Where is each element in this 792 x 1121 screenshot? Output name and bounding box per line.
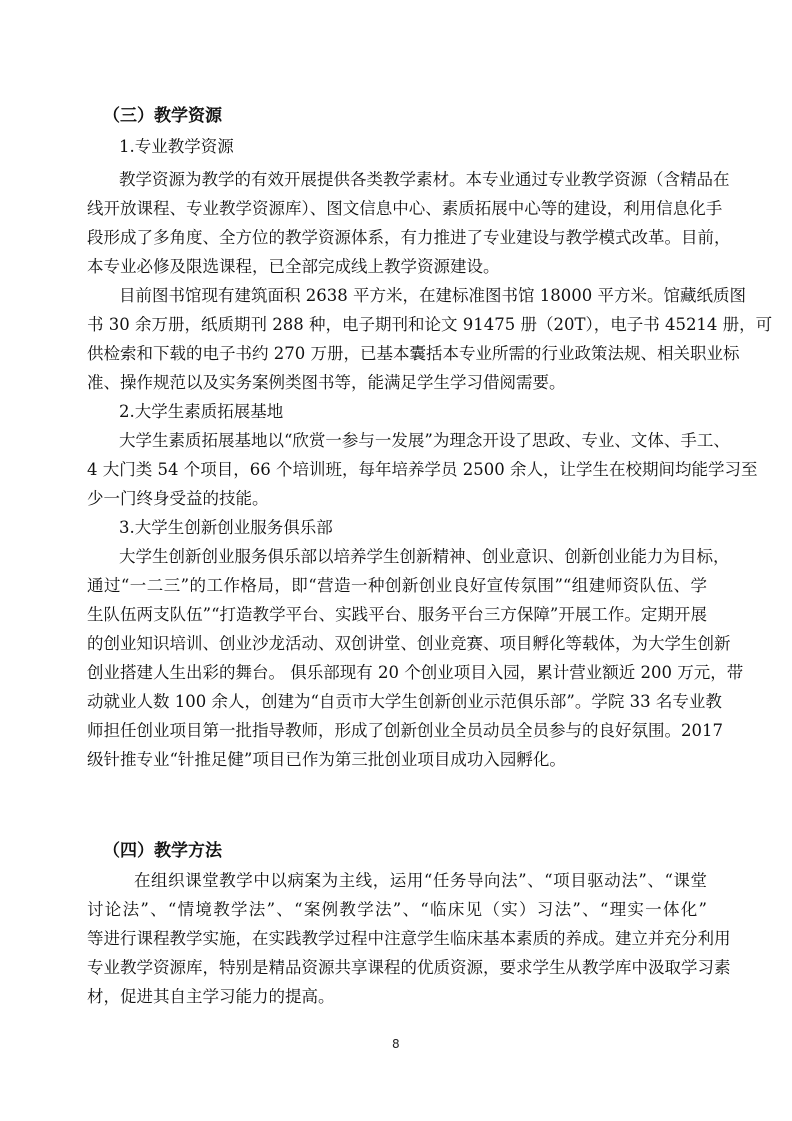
text-line: 4 大门类 54 个项目，66 个培训班，每年培养学员 2500 余人，让学生在… [87, 460, 707, 480]
section-heading-teaching-resources: （三）教学资源 [103, 106, 222, 126]
text-line: 本专业必修及限选课程，已全部完成线上教学资源建设。 [87, 257, 707, 277]
text-line: 等进行课程教学实施，在实践教学过程中注意学生临床基本素质的养成。建立并充分利用 [87, 929, 707, 949]
text-line: 通过“一二三”的工作格局，即“营造一种创新创业良好宣传氛围”“组建师资队伍、学 [87, 576, 707, 596]
subsection-title-professional-resources: 1.专业教学资源 [119, 137, 234, 157]
text-line: 大学生创新创业服务俱乐部以培养学生创新精神、创业意识、创新创业能力为目标， [119, 547, 707, 567]
subsection-title-innovation-club: 3.大学生创新创业服务俱乐部 [119, 518, 333, 538]
text-line: 线开放课程、专业教学资源库）、图文信息中心、素质拓展中心等的建设，利用信息化手 [87, 199, 707, 219]
text-line: 级针推专业“针推足健”项目已作为第三批创业项目成功入园孵化。 [87, 750, 707, 770]
section-heading-teaching-methods: （四）教学方法 [103, 841, 222, 861]
text-line: 讨论法”、“情境教学法”、“案例教学法”、“临床见（实）习法”、“理实一体化” [87, 900, 707, 920]
document-page: （三）教学资源 1.专业教学资源 教学资源为教学的有效开展提供各类教学素材。本专… [0, 0, 792, 1121]
text-line: 大学生素质拓展基地以“欣赏一参与一发展”为理念开设了思政、专业、文体、手工、 [119, 431, 707, 451]
text-line: 生队伍两支队伍”“打造教学平台、实践平台、服务平台三方保障”开展工作。定期开展 [87, 605, 707, 625]
text-line: 段形成了多角度、全方位的教学资源体系，有力推进了专业建设与教学模式改革。目前， [87, 228, 707, 248]
text-line: 供检索和下载的电子书约 270 万册，已基本囊括本专业所需的行业政策法规、相关职… [87, 344, 707, 364]
text-line: 材，促进其自主学习能力的提高。 [87, 987, 707, 1007]
text-line: 在组织课堂教学中以病案为主线，运用“任务导向法”、“项目驱动法”、“课堂 [134, 871, 707, 891]
text-line: 目前图书馆现有建筑面积 2638 平方米，在建标准图书馆 18000 平方米。馆… [119, 286, 707, 306]
text-line: 专业教学资源库，特别是精品资源共享课程的优质资源，要求学生从教学库中汲取学习素 [87, 958, 707, 978]
text-line: 教学资源为教学的有效开展提供各类教学素材。本专业通过专业教学资源（含精品在 [119, 170, 707, 190]
text-line: 动就业人数 100 余人，创建为“自贡市大学生创新创业示范俱乐部”。学院 33 … [87, 692, 707, 712]
text-line: 创业搭建人生出彩的舞台。 俱乐部现有 20 个创业项目入园，累计营业额近 200… [87, 663, 707, 683]
text-line: 准、操作规范以及实务案例类图书等，能满足学生学习借阅需要。 [87, 373, 707, 393]
text-line: 书 30 余万册，纸质期刊 288 种，电子期刊和论文 91475 册（20T）… [87, 315, 707, 335]
subsection-title-quality-expansion: 2.大学生素质拓展基地 [119, 402, 283, 422]
text-line: 少一门终身受益的技能。 [87, 489, 707, 509]
text-line: 师担任创业项目第一批指导教师，形成了创新创业全员动员全员参与的良好氛围。2017 [87, 721, 707, 741]
page-number: 8 [392, 1037, 400, 1051]
text-line: 的创业知识培训、创业沙龙活动、双创讲堂、创业竞赛、项目孵化等载体，为大学生创新 [87, 634, 707, 654]
